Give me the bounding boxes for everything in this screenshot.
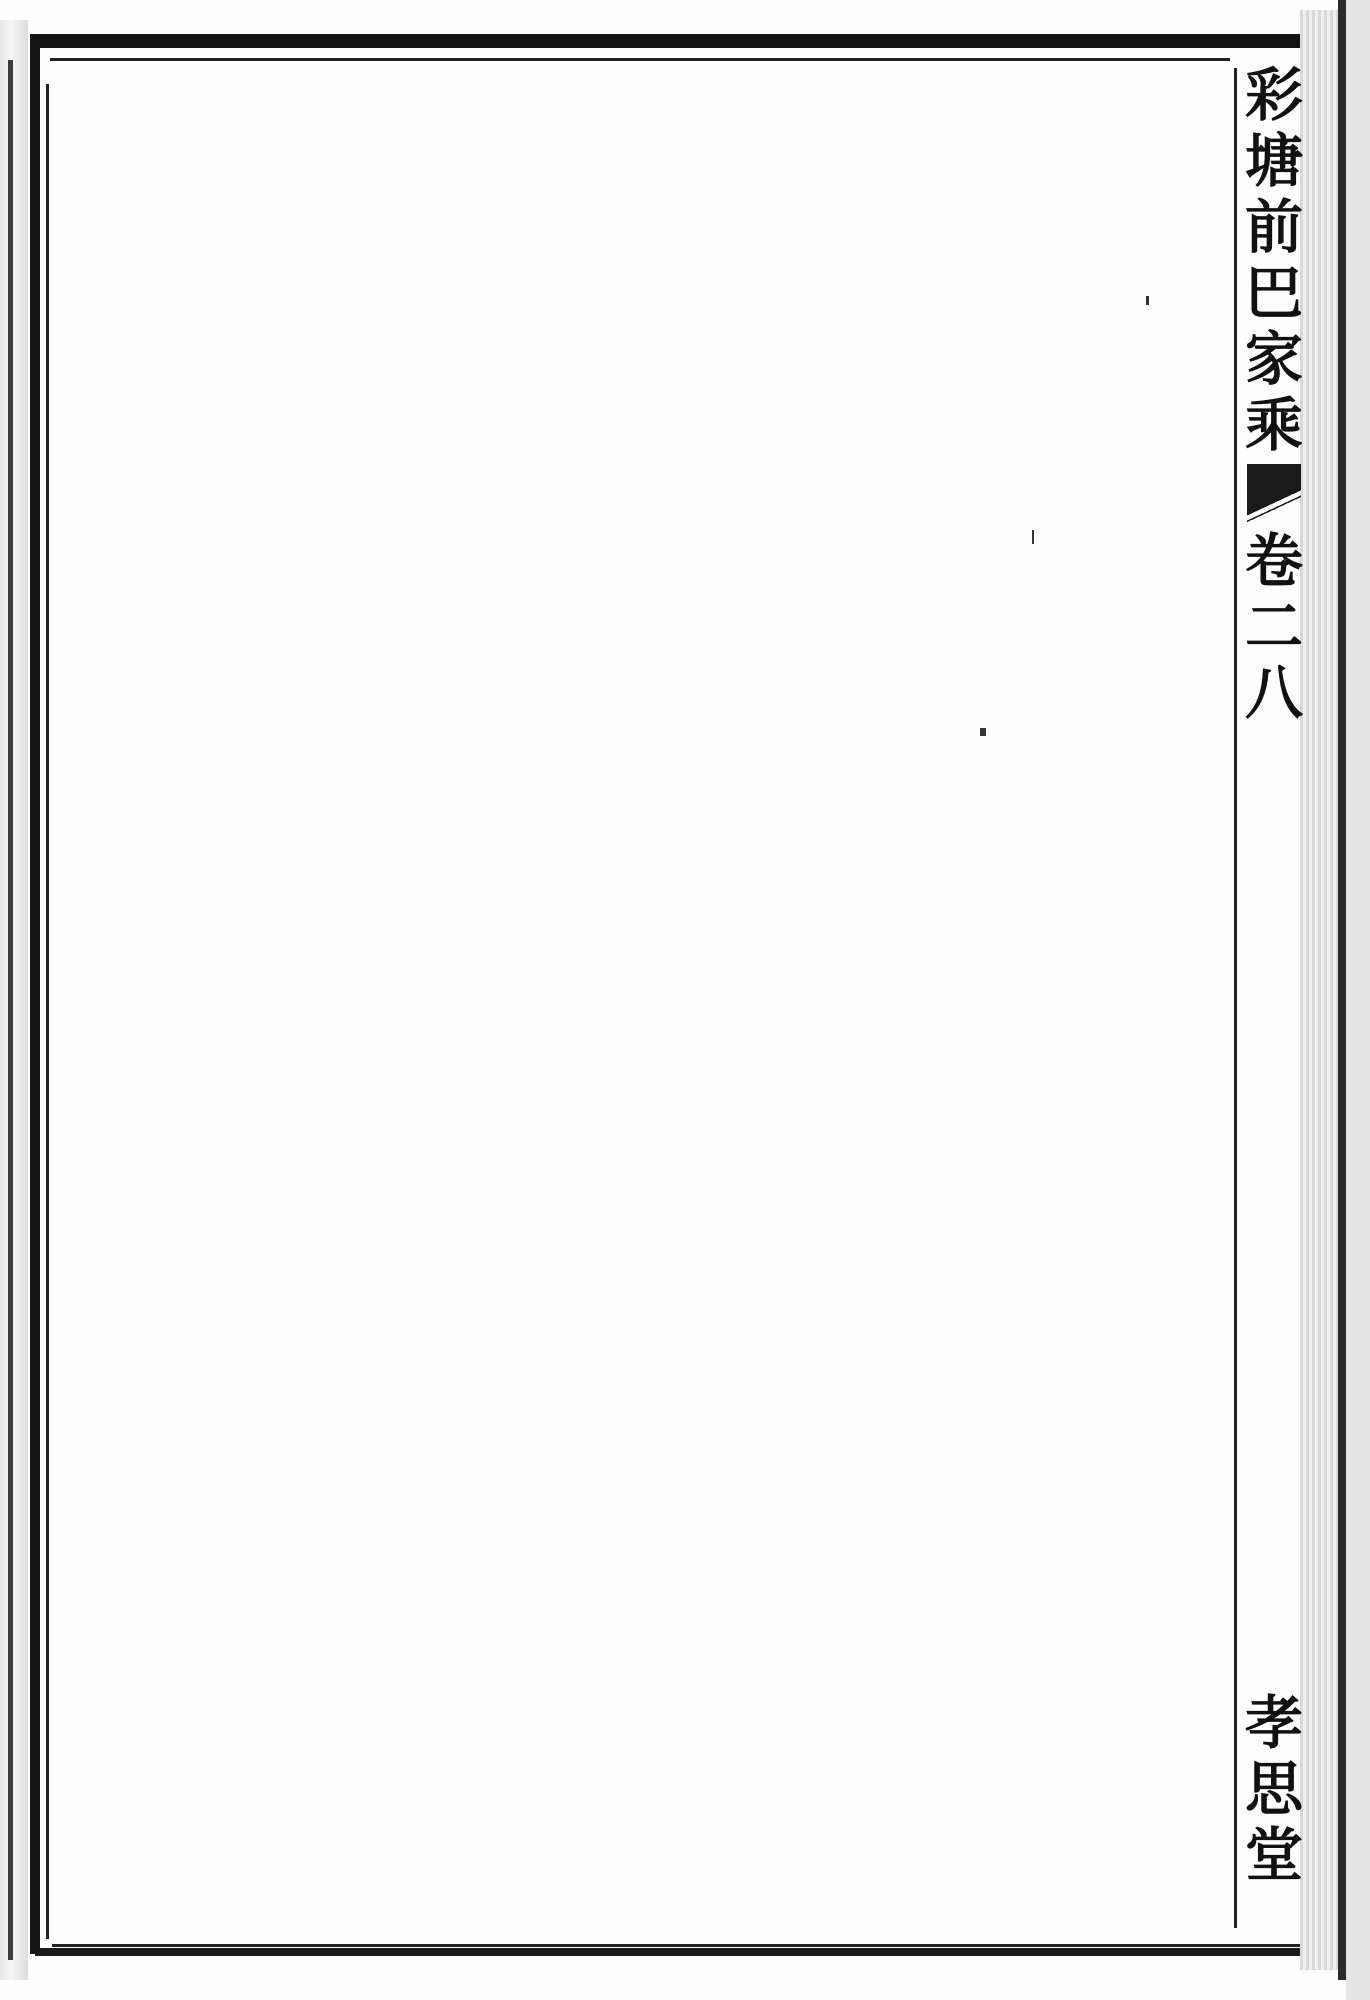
hall-name-char: 思	[1245, 1756, 1303, 1822]
outer-frame-bottom	[35, 1948, 1305, 1956]
ink-speck	[1032, 530, 1034, 544]
inner-frame-right	[1234, 68, 1237, 1928]
banxin-fold-shadow	[1300, 10, 1338, 1970]
inner-frame-left	[46, 84, 49, 1939]
title-char: 家	[1245, 326, 1303, 392]
paper-edge	[1346, 0, 1370, 2000]
title-char: 巴	[1245, 260, 1303, 326]
previous-leaf-border-line	[8, 60, 13, 1960]
inner-frame-bottom	[52, 1944, 1302, 1947]
banxin-hall-name-column: 孝 思 堂	[1244, 1690, 1304, 1888]
title-char: 前	[1245, 194, 1303, 260]
hall-name-char: 孝	[1245, 1690, 1303, 1756]
ink-speck	[980, 728, 986, 736]
title-char: 塘	[1245, 128, 1303, 194]
inner-frame-top	[50, 58, 1230, 61]
outer-frame-top	[30, 34, 1300, 48]
banxin-edge-line	[1338, 0, 1346, 1980]
previous-leaf-edge	[0, 20, 28, 1980]
volume-char: 二	[1245, 594, 1303, 660]
outer-frame-left	[30, 34, 40, 1954]
fishtail-icon	[1247, 464, 1301, 522]
title-char: 彩	[1245, 62, 1303, 128]
volume-char: 八	[1245, 660, 1303, 726]
volume-char: 卷	[1245, 528, 1303, 594]
document-page: 彩 塘 前 巴 家 乘 卷 二 八 孝 思 堂	[0, 0, 1370, 2000]
hall-name-char: 堂	[1245, 1822, 1303, 1888]
ink-speck	[1146, 296, 1149, 305]
banxin-title-column: 彩 塘 前 巴 家 乘 卷 二 八	[1244, 62, 1304, 726]
title-char: 乘	[1245, 392, 1303, 458]
